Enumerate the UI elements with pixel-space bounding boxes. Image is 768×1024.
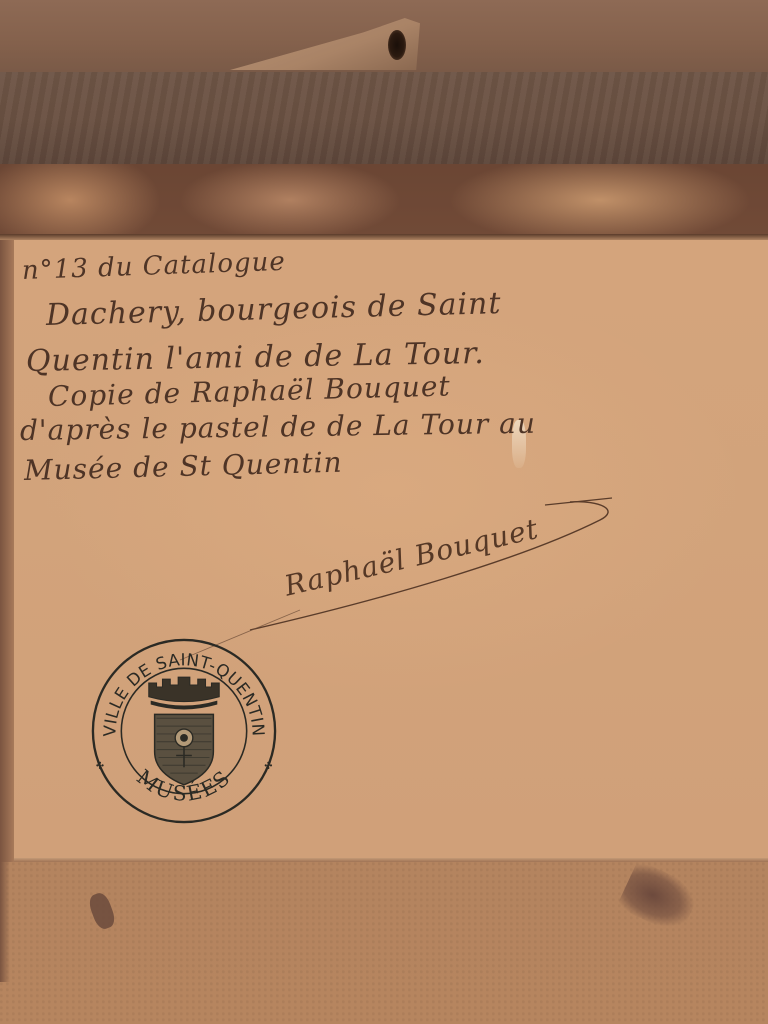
crown-and-shield-icon — [149, 677, 220, 785]
svg-text:✣: ✣ — [96, 761, 104, 772]
photo-scene: n°13 du Catalogue Dachery, bourgeois de … — [0, 0, 768, 1024]
svg-text:✣: ✣ — [264, 761, 272, 772]
board-left-shadow — [0, 862, 10, 982]
museum-stamp: VILLE DE SAINT-QUENTIN MUSÉES ✣ ✣ — [86, 636, 282, 826]
